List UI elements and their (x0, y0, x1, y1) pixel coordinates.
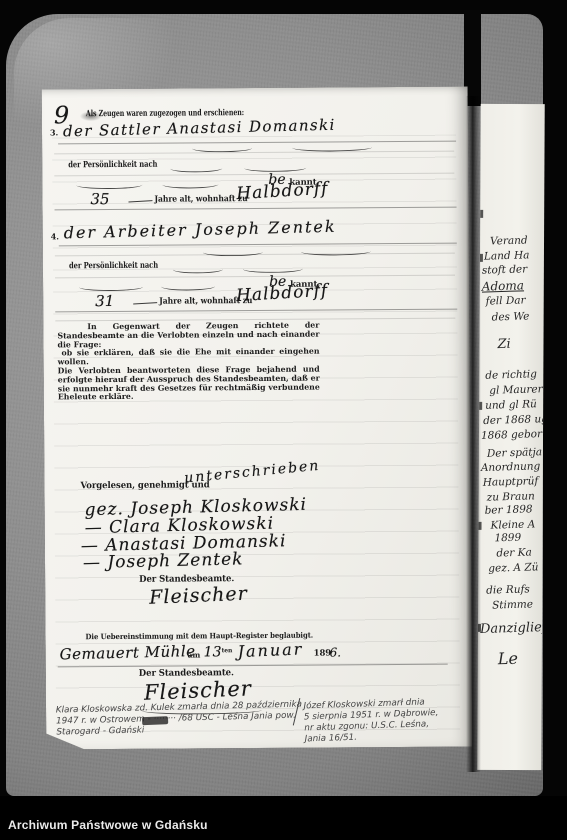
declaration-p1: In Gegenwart der Zeugen richtete der Sta… (57, 322, 319, 350)
handwriting-fragment: die Rufs (486, 583, 530, 596)
ten-printed: ten (222, 647, 233, 654)
handwriting-fragment: 1868 gebor (481, 428, 542, 442)
scribbled-out-word (142, 716, 168, 725)
archival-scan: 9 Als Zeugen waren zugezogen und erschie… (0, 0, 567, 840)
year-printed: 189 (314, 648, 332, 658)
pen-flourish (79, 283, 143, 291)
baseline (54, 173, 454, 177)
registry-form-page: 9 Als Zeugen waren zugezogen und erschie… (42, 87, 473, 750)
declaration-paragraph: In Gegenwart der Zeugen richtete der Sta… (57, 322, 320, 403)
pencil-note-left: Klara Kloskowska zd. Kulek zmarła dnia 2… (56, 700, 303, 739)
handwriting-fragment: Danziglief (480, 620, 545, 637)
handwriting-fragment: Adoma (482, 278, 525, 293)
pen-dash (128, 200, 152, 202)
am-printed: am (188, 650, 201, 659)
handwriting-fragment: Verand (490, 234, 528, 247)
handwriting-fragment: ber 1898 (484, 503, 532, 516)
witness4-index: 4. (51, 231, 59, 241)
baseline (58, 664, 448, 668)
witness4-age: 31 (95, 292, 114, 310)
handwriting-fragment: der 1868 ug (483, 413, 545, 427)
handwriting-fragment: und gl Rü (485, 398, 537, 412)
baseline (55, 275, 455, 279)
handwriting-fragment: Kleine A (490, 518, 535, 531)
witness3-age: 35 (90, 190, 109, 208)
handwriting-fragment: 1899 (494, 532, 521, 545)
pen-flourish (161, 282, 215, 290)
witness3-residence: Halbdorff (236, 179, 329, 204)
unterschrieben-handwritten: unterschrieben (184, 458, 321, 487)
handwriting-fragment: Hauptprüf (483, 475, 539, 489)
handwriting-fragment: Der spätja (487, 446, 542, 460)
baseline (58, 141, 456, 145)
baseline (54, 151, 454, 155)
handwriting-fragment: Anordnung d (481, 460, 545, 474)
certification-month: Januar (237, 639, 303, 661)
pen-flourish (173, 265, 223, 273)
baseline (55, 309, 457, 313)
witness3-entry: der Sattler Anastasi Domanski (63, 116, 336, 141)
pen-flourish (203, 248, 263, 256)
archive-caption: Archiwum Państwowe w Gdańsku (8, 818, 208, 832)
persoenlichkeit-label: der Persönlichkeit nach (69, 261, 158, 272)
pen-dash (133, 302, 157, 304)
pen-flourish (243, 265, 303, 273)
pen-flourish (76, 181, 142, 189)
persoenlichkeit-label: der Persönlichkeit nach (68, 160, 157, 171)
next-page-edge: Verand Land Ha stoft der Adoma fell Dar … (477, 104, 544, 770)
pen-flourish (244, 164, 306, 172)
handwriting-fragment: gl Maurer (489, 383, 543, 397)
signature-witness4: — Joseph Zentek (83, 549, 244, 573)
witness3-index: 3. (50, 127, 58, 137)
handwriting-fragment: gez. A Zü (488, 561, 538, 574)
witness4-residence: Halbdorff (236, 281, 329, 306)
pencil-note-right: Józef Kloskowski zmarł dnia 5 sierpnia 1… (303, 697, 439, 745)
handwriting-fragment: Land Ha (484, 249, 530, 262)
handwriting-fragment: fell Dar (486, 294, 526, 307)
age-suffix-label: Jahre alt, wohnhaft zu (154, 194, 247, 205)
pen-flourish (170, 164, 222, 172)
declaration-p3: Die Verlobten beantworteten diese Frage … (58, 366, 320, 403)
page-gutter-crease (466, 96, 481, 772)
handwriting-fragment: der Ka (496, 546, 532, 559)
handwriting-fragment: Stimme (492, 598, 533, 611)
certification-place: Gemauert Mühle (59, 642, 195, 663)
handwriting-fragment: des We (491, 310, 529, 323)
handwriting-fragment: zu Braun (487, 490, 535, 503)
handwriting-fragment: Le (498, 649, 519, 669)
pen-flourish (162, 180, 218, 188)
witness4-entry: der Arbeiter Joseph Zentek (63, 217, 336, 243)
baseline (59, 243, 457, 247)
baseline (55, 207, 457, 211)
handwriting-fragment: de richtig (485, 368, 537, 382)
handwriting-fragment: stoft der (482, 263, 528, 276)
handwriting-fragment: Zi (497, 337, 511, 352)
year-digit-handwritten: 6. (330, 645, 342, 659)
registrar-signature: Fleischer (149, 583, 248, 609)
pen-flourish (301, 247, 371, 255)
certification-day: 13 (204, 644, 222, 660)
